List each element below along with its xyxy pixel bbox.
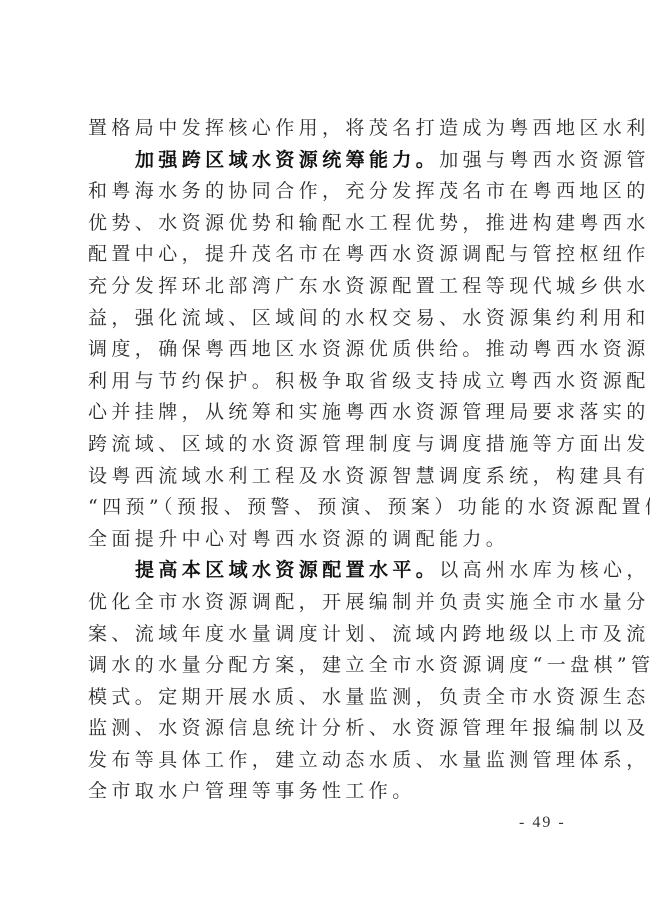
text-line: 跨流域、区域的水资源管理制度与调度措施等方面出发，建 bbox=[88, 429, 564, 461]
text-line: 调水的水量分配方案，建立全市水资源调度“一盘棋”管理 bbox=[88, 650, 564, 682]
paragraph-first-line: 提高本区域水资源配置水平。以高州水库为核心，系统 bbox=[88, 555, 564, 587]
text-line: 利用与节约保护。积极争取省级支持成立粤西水资源配置中 bbox=[88, 366, 564, 398]
text-line: 监测、水资源信息统计分析、水资源管理年报编制以及信息 bbox=[88, 713, 564, 745]
text-line: 全面提升中心对粤西水资源的调配能力。 bbox=[88, 524, 564, 556]
text-line: 调度，确保粤西地区水资源优质供给。推动粤西水资源开发 bbox=[88, 334, 564, 366]
section-heading: 加强跨区域水资源统筹能力。 bbox=[135, 149, 439, 171]
text-line: 和粤海水务的协同合作，充分发挥茂名市在粤西地区的区位 bbox=[88, 176, 564, 208]
text-line: 模式。定期开展水质、水量监测，负责全市水资源生态流量 bbox=[88, 682, 564, 714]
text-line: 发布等具体工作，建立动态水质、水量监测管理体系，做好 bbox=[88, 745, 564, 777]
text-line: 置格局中发挥核心作用，将茂名打造成为粤西地区水利枢纽。 bbox=[88, 113, 564, 145]
text-line: 案、流域年度水量调度计划、流域内跨地级以上市及流域外 bbox=[88, 619, 564, 651]
text-line: 心并挂牌，从统筹和实施粤西水资源管理局要求落实的各项 bbox=[88, 397, 564, 429]
text-line: 设粤西流域水利工程及水资源智慧调度系统，构建具有完备 bbox=[88, 461, 564, 493]
section-heading: 提高本区域水资源配置水平。 bbox=[135, 559, 439, 581]
text-run: 加强与粤西水资源管理局 bbox=[439, 149, 650, 171]
text-line: “四预”（预报、预警、预演、预案）功能的水资源配置体系， bbox=[88, 492, 564, 524]
paragraph-first-line: 加强跨区域水资源统筹能力。加强与粤西水资源管理局 bbox=[88, 145, 564, 177]
page-number: - 49 - bbox=[519, 814, 566, 832]
text-line: 充分发挥环北部湾广东水资源配置工程等现代城乡供水网效 bbox=[88, 271, 564, 303]
text-line: 配置中心，提升茂名市在粤西水资源调配与管控枢纽作用， bbox=[88, 239, 564, 271]
text-line: 优势、水资源优势和输配水工程优势，推进构建粤西水资源 bbox=[88, 208, 564, 240]
text-run: 以高州水库为核心，系统 bbox=[439, 559, 650, 581]
text-line: 全市取水户管理等事务性工作。 bbox=[88, 776, 564, 808]
document-body: 置格局中发挥核心作用，将茂名打造成为粤西地区水利枢纽。 加强跨区域水资源统筹能力… bbox=[88, 113, 564, 808]
text-line: 益，强化流域、区域间的水权交易、水资源集约利用和高效 bbox=[88, 303, 564, 335]
text-line: 优化全市水资源调配，开展编制并负责实施全市水量分配方 bbox=[88, 587, 564, 619]
